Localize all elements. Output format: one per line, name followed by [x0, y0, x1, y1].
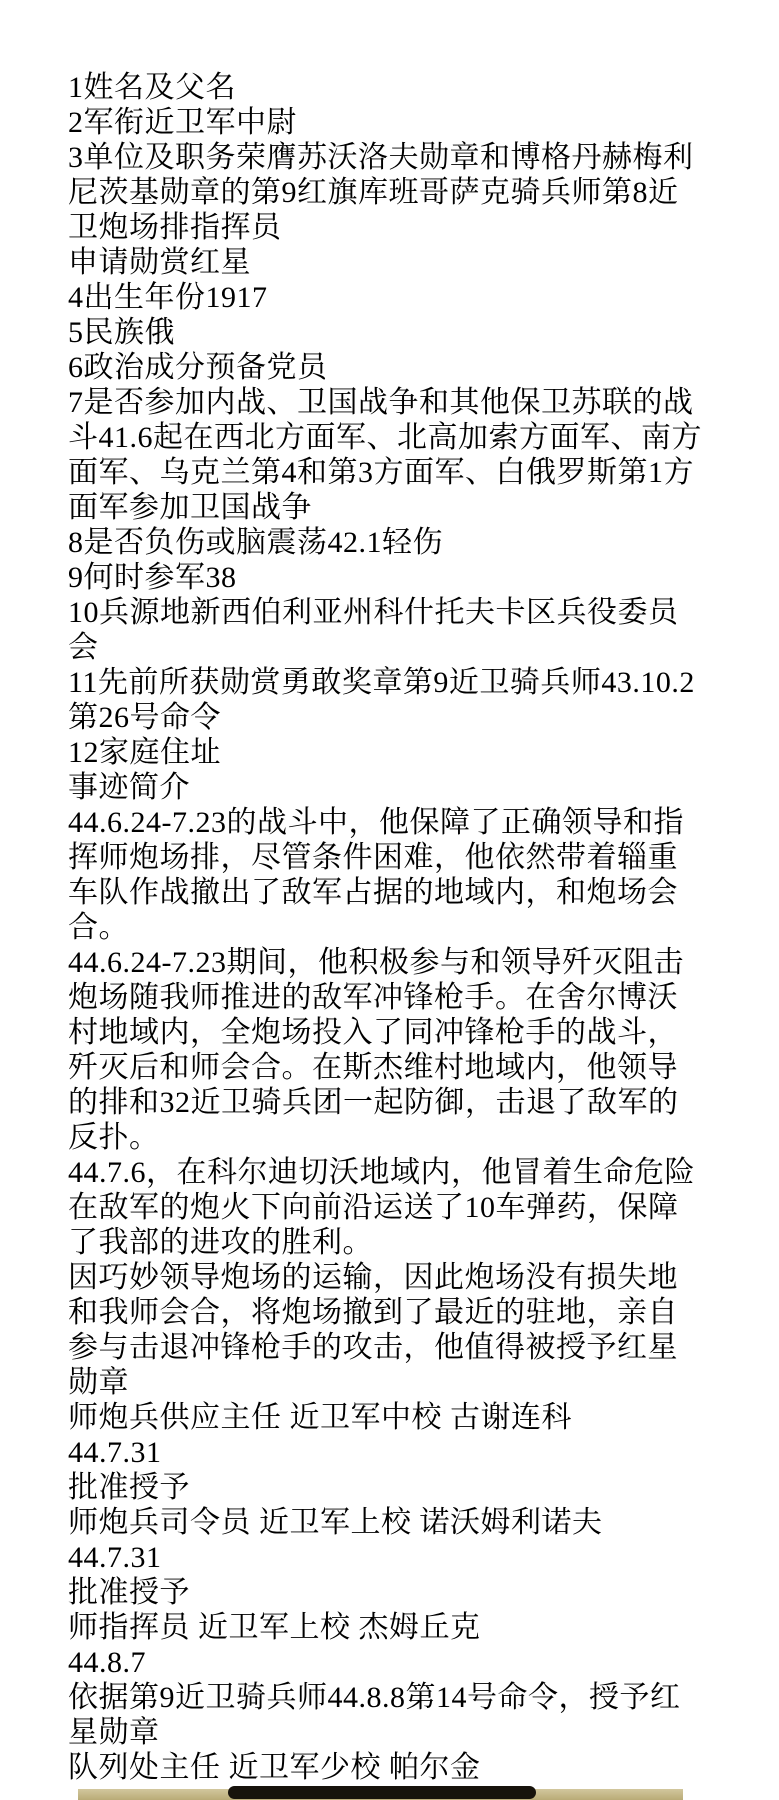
text-line: 44.8.7: [68, 1645, 748, 1680]
text-line: 了我部的进攻的胜利。: [68, 1225, 748, 1260]
text-line: 面军、乌克兰第4和第3方面军、白俄罗斯第1方: [68, 455, 748, 490]
text-line: 5民族俄: [68, 315, 748, 350]
text-line: 师指挥员 近卫军上校 杰姆丘克: [68, 1610, 748, 1645]
text-line: 卫炮场排指挥员: [68, 210, 748, 245]
text-line: 挥师炮场排，尽管条件困难，他依然带着辎重: [68, 840, 748, 875]
redaction-bar: [228, 1786, 536, 1799]
text-line: 尼茨基勋章的第9红旗库班哥萨克骑兵师第8近: [68, 175, 748, 210]
text-line: 师炮兵司令员 近卫军上校 诺沃姆利诺夫: [68, 1505, 748, 1540]
text-line: 星勋章: [68, 1715, 748, 1750]
text-line: 炮场随我师推进的敌军冲锋枪手。在舍尔博沃: [68, 980, 748, 1015]
text-line: 队列处主任 近卫军少校 帕尔金: [68, 1750, 748, 1785]
text-line: 歼灭后和师会合。在斯杰维村地域内，他领导: [68, 1050, 748, 1085]
text-line: 7是否参加内战、卫国战争和其他保卫苏联的战: [68, 385, 748, 420]
text-line: 10兵源地新西伯利亚州科什托夫卡区兵役委员: [68, 595, 748, 630]
text-line: 合。: [68, 910, 748, 945]
text-line: 在敌军的炮火下向前沿运送了10车弹药，保障: [68, 1190, 748, 1225]
text-line: 事迹简介: [68, 770, 748, 805]
text-line: 44.7.31: [68, 1540, 748, 1575]
text-line: 面军参加卫国战争: [68, 490, 748, 525]
text-line: 1姓名及父名: [68, 70, 748, 105]
text-line: 9何时参军38: [68, 560, 748, 595]
document-page: 1姓名及父名2军衔近卫军中尉3单位及职务荣膺苏沃洛夫勋章和博格丹赫梅利尼茨基勋章…: [0, 0, 779, 1800]
text-line: 6政治成分预备党员: [68, 350, 748, 385]
text-line: 依据第9近卫骑兵师44.8.8第14号命令，授予红: [68, 1680, 748, 1715]
text-line: 44.7.31: [68, 1435, 748, 1470]
text-line: 44.6.24-7.23的战斗中，他保障了正确领导和指: [68, 805, 748, 840]
text-line: 村地域内，全炮场投入了同冲锋枪手的战斗，: [68, 1015, 748, 1050]
text-line: 斗41.6起在西北方面军、北高加索方面军、南方: [68, 420, 748, 455]
document-text: 1姓名及父名2军衔近卫军中尉3单位及职务荣膺苏沃洛夫勋章和博格丹赫梅利尼茨基勋章…: [68, 70, 748, 1785]
text-line: 44.6.24-7.23期间，他积极参与和领导歼灭阻击: [68, 945, 748, 980]
text-line: 2军衔近卫军中尉: [68, 105, 748, 140]
text-line: 11先前所获勋赏勇敢奖章第9近卫骑兵师43.10.2: [68, 665, 748, 700]
text-line: 反扑。: [68, 1120, 748, 1155]
text-line: 车队作战撤出了敌军占据的地域内，和炮场会: [68, 875, 748, 910]
text-line: 12家庭住址: [68, 735, 748, 770]
text-line: 勋章: [68, 1365, 748, 1400]
text-line: 批准授予: [68, 1575, 748, 1610]
text-line: 会: [68, 630, 748, 665]
text-line: 8是否负伤或脑震荡42.1轻伤: [68, 525, 748, 560]
text-line: 师炮兵供应主任 近卫军中校 古谢连科: [68, 1400, 748, 1435]
text-line: 和我师会合，将炮场撤到了最近的驻地，亲自: [68, 1295, 748, 1330]
text-line: 44.7.6，在科尔迪切沃地域内，他冒着生命危险: [68, 1155, 748, 1190]
text-line: 因巧妙领导炮场的运输，因此炮场没有损失地: [68, 1260, 748, 1295]
text-line: 4出生年份1917: [68, 280, 748, 315]
text-line: 参与击退冲锋枪手的攻击，他值得被授予红星: [68, 1330, 748, 1365]
text-line: 第26号命令: [68, 700, 748, 735]
text-line: 的排和32近卫骑兵团一起防御，击退了敌军的: [68, 1085, 748, 1120]
text-line: 申请勋赏红星: [68, 245, 748, 280]
text-line: 3单位及职务荣膺苏沃洛夫勋章和博格丹赫梅利: [68, 140, 748, 175]
text-line: 批准授予: [68, 1470, 748, 1505]
